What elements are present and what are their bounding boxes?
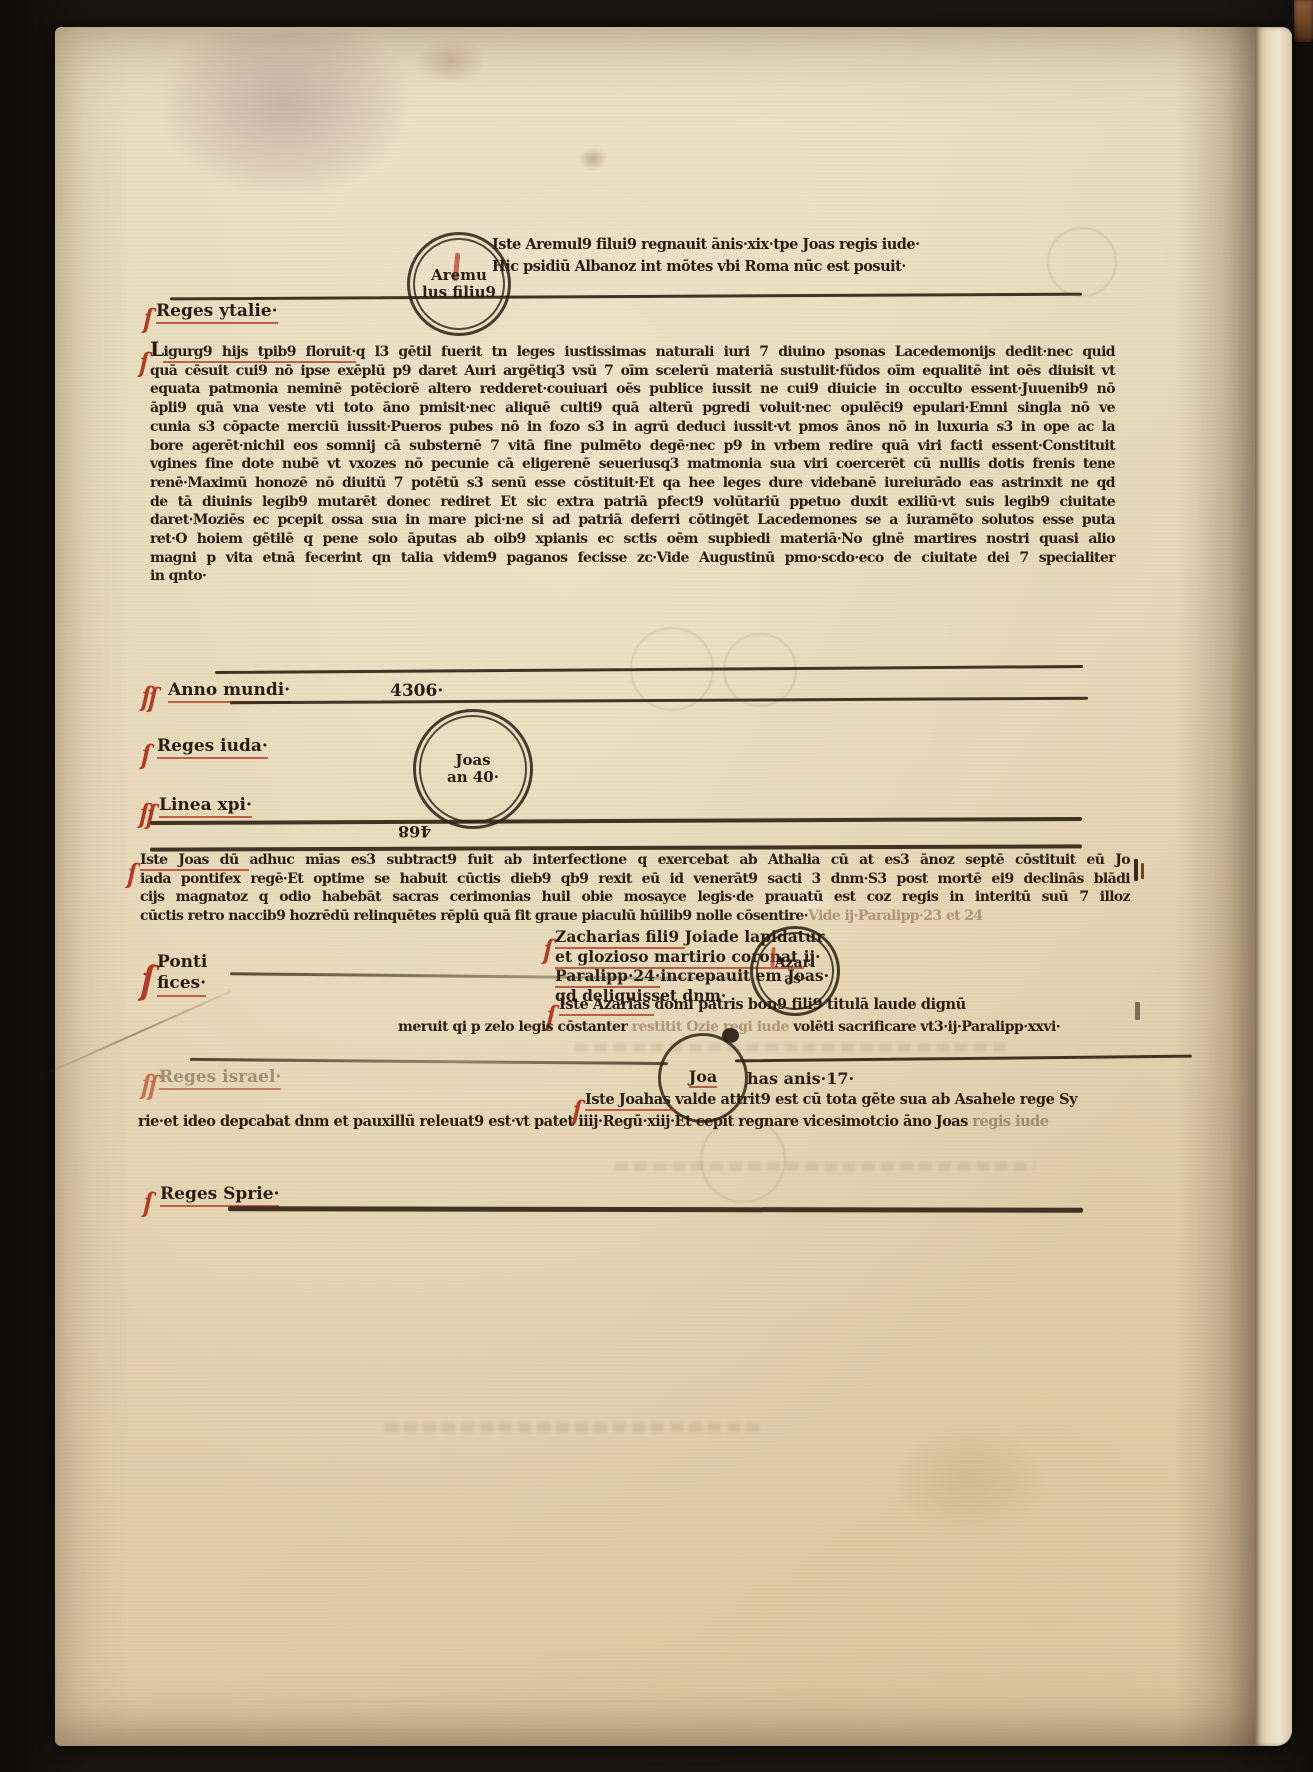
paragraph-line: renē·Maximū honozē nō diuitū 7 potētū s3… [150,474,1115,493]
showthrough-text [575,1043,1005,1052]
stain [895,1427,1045,1537]
circle-line: Azari [775,955,816,971]
azarias-line1: Iste Azarias domi patris bon9 fili9 titu… [559,996,966,1013]
paraph-icon: ſ [140,737,150,772]
paragraph-line: Iste Joas dū adhuc mīas es3 subtract9 fu… [140,851,1130,870]
drop-initial: L [150,337,163,361]
book-page: Aremu lus filiu9 Iste Aremul9 filui9 reg… [55,27,1292,1746]
paraph-icon: ſ [139,957,154,1006]
showthrough-text [385,1423,765,1432]
paragraph-line: āpli9 quā vna veste vti toto āno pmisit·… [150,399,1115,418]
rubricated-words: Iste Joas dū [140,852,249,871]
paragraph-line: cijs magnatoz q odio habebāt sacras ceri… [140,888,1130,907]
label-reges-iuda: Reges iuda· [157,736,268,756]
paragraph-line: daret·Moziēs ec pcepit ossa sua in mare … [150,511,1115,530]
label-reges-syrie: Reges Sprie· [160,1184,279,1204]
stain [415,39,485,84]
rubricated-words: igurg9 hijs tpib9 floruit· [163,344,355,363]
paragraph-line: iada pontifex regē·Et optime se habuit c… [140,870,1130,889]
showthrough-ring [1047,227,1117,297]
paragraph-line: quā cēsuit cui9 nō ipse exēplū p9 daret … [150,362,1115,381]
paragraph-line: de tā diuinis legib9 mutarēt donec redir… [150,493,1115,512]
label-anno-mundi: Anno mundi· [168,680,290,700]
label-reges-israel: Reges israel· [159,1067,281,1087]
circle-line: an 40· [447,769,499,786]
circle-text-joas: Joas an 40· [416,712,530,826]
showthrough-text [615,1162,1035,1171]
joas-paragraph: Iste Joas dū adhuc mīas es3 subtract9 fu… [140,851,1130,926]
paraph-icon: ſ [142,301,152,336]
margin-fragment [1135,1002,1140,1020]
timeline-rule-linea-top [150,817,1082,825]
paragraph-line: equata patmonia neminē potēciorē altero … [150,380,1115,399]
crease-line [39,990,232,1077]
paragraph-line: in qnto· [150,567,1115,586]
paraph-icon: ſſ [140,1067,157,1103]
paragraph-line: magni p vita etnā fecerint qn talia vide… [150,549,1115,568]
paragraph-line: bore agerēt·nichil eos somnij cā subster… [150,437,1115,456]
stain [578,147,608,171]
label-pontifices: Ponti fices· [157,952,207,997]
page-gutter-shadow [1175,27,1255,1746]
margin-fragment [1134,859,1138,881]
inverted-year: 468 [398,822,431,841]
faded-reference: Vide ij·Paralipp·23 et 24 [808,908,983,924]
paraph-icon: ſ [138,345,148,380]
aremulus-note-line2: Hic psidiū Albanoz int mōtes vbi Roma nū… [492,258,906,275]
circle-line: Joas [455,752,490,769]
lycurgus-paragraph: Ligurg9 hijs tpib9 floruit·q l3 gētil fu… [150,340,1115,586]
label-linea-xpi: Linea xpi· [159,795,252,815]
paraph-icon: ſſ [140,679,157,715]
joahas-line1: Iste Joahas valde attrit9 est cū tota gē… [585,1091,1077,1108]
margin-fragment [1141,863,1144,879]
timeline-rule-syrie [228,1206,1083,1212]
circle-line: lus filiu9 [422,284,496,301]
faded-words: regis iude [972,1113,1048,1130]
paraph-icon: ſ [542,932,552,967]
paragraph-line: cūctis retro naccib9 hozrēdū relinquētes… [140,907,1130,926]
paragraph-line: Ligurg9 hijs tpib9 floruit·q l3 gētil fu… [150,340,1115,362]
faded-words: restitit Ozie regi iude [632,1019,794,1035]
stain [165,32,405,192]
label-reges-ytalie: Reges ytalie· [156,301,278,321]
anno-mundi-year: 4306· [390,681,443,701]
scanned-book-spread: { "icons": { "paraph": "ſ", "paraph_doub… [0,0,1313,1772]
paraph-icon: ſſ [138,796,155,832]
bookmark-tab [1294,0,1313,42]
timeline-rule-israel-right [735,1055,1192,1063]
circle-line: as· [784,971,806,987]
circle-line: Aremu [431,267,487,284]
timeline-circle-joas: Joas an 40· [413,709,533,829]
paraph-icon: ſ [142,1185,152,1220]
joachas-suffix: has anis·17· [747,1069,854,1088]
paraph-icon: ſ [126,856,136,891]
paragraph-line: cunia s3 cōpacte merciū iussit·Pueros pu… [150,418,1115,437]
paragraph-line: vgines fine dote nubē vt vxozes nō pecun… [150,455,1115,474]
timeline-rule-israel-left [190,1058,668,1065]
timeline-rule-italy [170,293,1082,301]
next-leaf-edge [1255,27,1292,1746]
joahas-line2: rie·et ideo depcabat dnm et pauxillū rel… [138,1113,1049,1130]
aremulus-note-line1: Iste Aremul9 filui9 regnauit ānis·xix·tp… [492,236,920,253]
paragraph-line: ret·O hoiem gētilē q pene solo āputas ab… [150,530,1115,549]
